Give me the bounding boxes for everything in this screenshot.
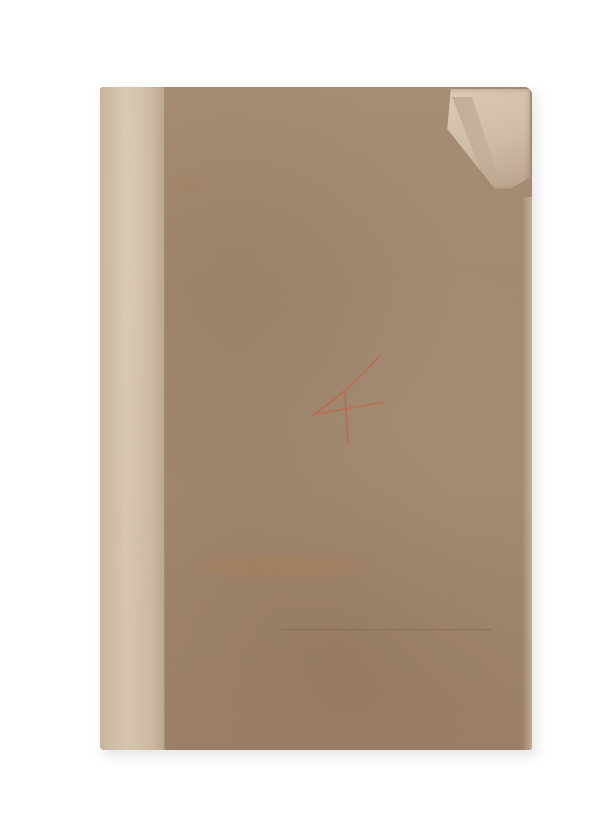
stain [177, 177, 197, 191]
stain [202, 557, 362, 577]
spine-strip [100, 87, 165, 750]
worn-right-edge [522, 197, 532, 750]
pencil-mark-four [307, 352, 387, 447]
fold-crease [282, 629, 492, 630]
